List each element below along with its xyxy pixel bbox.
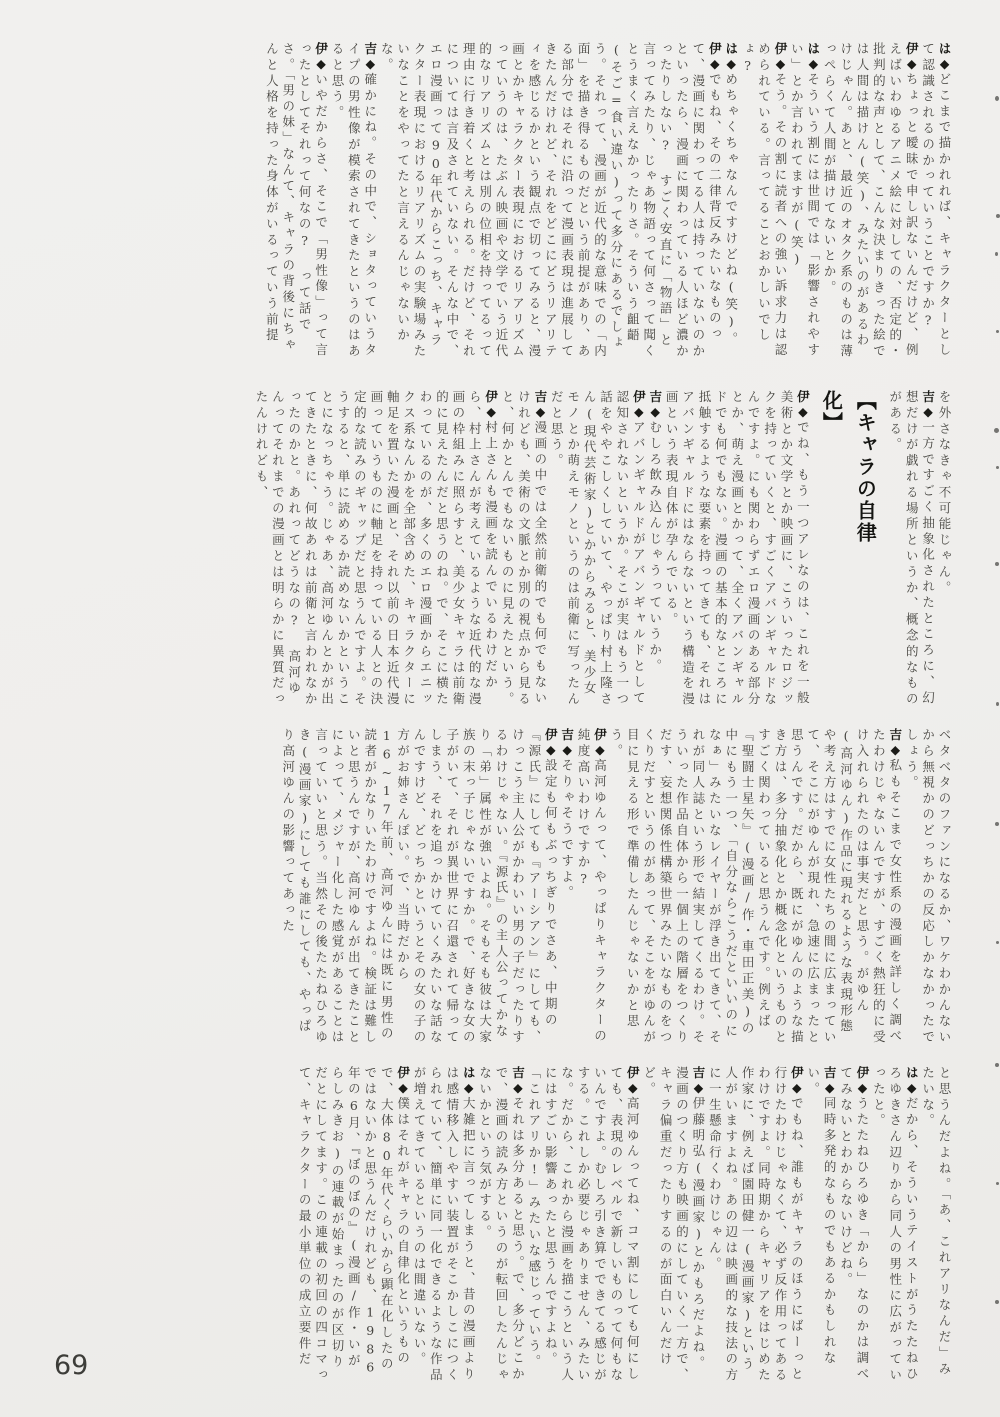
section-heading: 【キャラの自律化】 (814, 390, 882, 575)
speaker-mark: 吉◆ (648, 390, 663, 421)
dialogue-paragraph: 伊◆でもね、誰もがキャラのほうにばーっと行けたわけじゃなくて、必ず反作用ってある… (706, 1066, 804, 1384)
speaker-mark: 吉◆ (510, 1066, 525, 1097)
dialogue-paragraph: 吉◆同時多発的なものでもあるかもしれない。 (804, 1066, 837, 1384)
speaker-mark: 吉◆ (560, 728, 575, 759)
dialogue-paragraph: 伊◆高河ゆんってね、コマ割にしても何にしても、表現のレベルで新しいものって何もな… (525, 1066, 640, 1384)
scan-speck (996, 330, 999, 333)
scan-speck (995, 562, 999, 566)
dialogue-paragraph: 伊◆ちょっと曖昧で申し訳ないんだけど、例えばいわゆるアニメ絵に対しての、否定的・… (821, 42, 919, 360)
speaker-mark: 吉◆ (691, 1066, 706, 1097)
speaker-mark: 伊◆ (592, 728, 607, 759)
scan-speck (995, 96, 999, 101)
speaker-mark: 伊◆ (396, 1066, 411, 1097)
continuation-paragraph: と思うんだよね。「あ、これアリなんだ」みたいな。 (919, 1066, 952, 1384)
speaker-mark: 吉◆ (822, 1066, 837, 1097)
speaker-mark: は◆ (461, 1066, 476, 1097)
scan-speck (995, 1063, 999, 1067)
dialogue-paragraph: 伊◆村上さんも漫画を読んでいるわけだから、村上さんが考えているような近代的な漫画… (253, 390, 499, 708)
dialogue-paragraph: 吉◆一方ですごく抽象化されたところに、幻想だけが戯れる場所というか、概念的なもの… (886, 390, 935, 708)
speaker-mark: は◆ (806, 42, 821, 73)
dialogue-paragraph: 吉◆それは多分あると思う。で、多分どこかで、漫画の読み方というのが転回したんじゃ… (476, 1066, 525, 1384)
speaker-mark: は◆ (937, 42, 952, 73)
scanned-page: は◆どこまで描かれれば、キャラクターとして認識されるのかっていうことですか?伊◆… (0, 0, 1000, 1417)
scan-speck (996, 214, 1000, 218)
text-band-1: は◆どこまで描かれれば、キャラクターとして認識されるのかっていうことですか?伊◆… (52, 42, 952, 360)
dialogue-paragraph: は◆大雑把に言ってしまうと、昔の漫画よりは感情移入しやすい装置がそこかしこにつく… (411, 1066, 477, 1384)
text-band-2: を外さなきゃ不可能じゃん。吉◆一方ですごく抽象化されたところに、幻想だけが戯れる… (52, 390, 952, 708)
speaker-mark: 伊◆ (543, 728, 558, 759)
dialogue-paragraph: 吉◆伊藤明弘(漫画家)とかもろだよね。漫画のつくり方も映画的にしていく一方で、キ… (640, 1066, 706, 1384)
dialogue-paragraph: 伊◆うたたねひろゆき「から」なのかは調べてみないとわからないけどね。 (837, 1066, 870, 1384)
dialogue-paragraph: 伊◆設定も何もぶっちぎりでさあ、中期の『源氏』にしても『アーシアン』にしても、け… (279, 728, 558, 1046)
dialogue-paragraph: 伊◆いやだからさ、そこで「男性像」って言ったとしてそれって何なの? って話でさ。… (263, 42, 329, 360)
dialogue-paragraph: は◆めちゃくちゃなんですけどね(笑)。 (722, 42, 738, 360)
speaker-mark: 伊◆ (773, 42, 788, 73)
speaker-mark: 吉◆ (921, 390, 936, 421)
scan-speck (996, 941, 999, 944)
speaker-mark: 伊◆ (707, 42, 722, 73)
scan-speck (995, 252, 998, 256)
dialogue-paragraph: 伊◆でもね、その二律背反みたいなものって、漫画に関わってる人は持っていないのかと… (378, 42, 723, 360)
dialogue-paragraph: 伊◆そう。その割に読者への強い訴求力は認められている。言ってることおかしいでしょ… (739, 42, 788, 360)
scan-speck (995, 822, 999, 826)
speaker-mark: 吉◆ (363, 42, 378, 73)
dialogue-paragraph: 吉◆漫画の中では全然前衛的でも何でもないけれども、美術の文脈とか別の視点から見る… (499, 390, 548, 708)
dialogue-paragraph: 吉◆むしろ飲み込んじゃうっていうか。 (646, 390, 662, 708)
speaker-mark: は◆ (904, 1066, 919, 1097)
dialogue-paragraph: は◆そういう割には世間では「影響されやすい」とか言われてますが(笑) (788, 42, 821, 360)
speaker-mark: 吉◆ (533, 390, 548, 421)
dialogue-paragraph: 吉◆確かにね。その中で、ショタっていうタイプの男性像が模索されてきたというのはあ… (329, 42, 378, 360)
speaker-mark: 伊◆ (904, 42, 919, 73)
dialogue-paragraph: 伊◆高河ゆんって、やっぱりキャラクターの純度高いわけですか? (575, 728, 608, 1046)
text-band-3: ベタベタのファンになるか、ワケわかんないから無視かのどっちかの反応しかなかったで… (52, 728, 952, 1046)
scan-speck (995, 1300, 999, 1304)
text-band-4: と思うんだよね。「あ、これアリなんだ」みたいな。は◆だから、そういうテイストがう… (52, 1066, 952, 1384)
dialogue-paragraph: 吉◆そりゃそうですよ。 (558, 728, 574, 1046)
speaker-mark: 伊◆ (795, 390, 810, 421)
speaker-mark: 伊◆ (631, 390, 646, 421)
continuation-paragraph: ベタベタのファンになるか、ワケわかんないから無視かのどっちかの反応しかなかったで… (903, 728, 952, 1046)
continuation-paragraph: を外さなきゃ不可能じゃん。 (936, 390, 952, 708)
speaker-mark: 伊◆ (625, 1066, 640, 1097)
dialogue-paragraph: 吉◆私もそこまで女性系の漫画を詳しく調べたわけじゃないんですが、すごく熱狂的に受… (607, 728, 902, 1046)
dialogue-paragraph: 伊◆アバンギャルドがアバンギャルドとして認知されないというか。そこが実はもう一つ… (548, 390, 646, 708)
page-number: 69 (54, 1350, 88, 1381)
speaker-mark: 伊◆ (855, 1066, 870, 1097)
scan-speck (996, 466, 999, 469)
speaker-mark: 伊◆ (484, 390, 499, 421)
dialogue-paragraph: 伊◆でね、もう一つアレなのは、これを一般美術とか文学とか映画に、こういったロジッ… (663, 390, 811, 708)
dialogue-paragraph: 伊◆僕はそれがキャラの自律化というもので、大体80年代くらいから顕在化したのでは… (296, 1066, 411, 1384)
dialogue-paragraph: は◆どこまで描かれれば、キャラクターとして認識されるのかっていうことですか? (919, 42, 952, 360)
speaker-mark: 伊◆ (314, 42, 329, 73)
scan-speck (996, 702, 999, 706)
scan-speck (994, 428, 999, 433)
speaker-mark: は◆ (724, 42, 739, 73)
dialogue-paragraph: は◆だから、そういうテイストがうたたねひろゆきさん辺りから同人の男性に広がってい… (870, 1066, 919, 1384)
speaker-mark: 吉◆ (888, 728, 903, 759)
scan-speck (996, 1182, 999, 1185)
speaker-mark: 伊◆ (789, 1066, 804, 1097)
